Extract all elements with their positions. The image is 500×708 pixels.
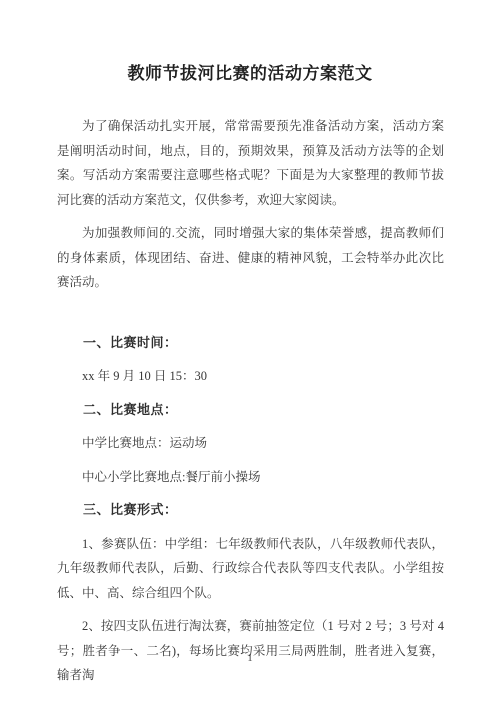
primary-school-location-text: 中心小学比赛地点:餐厅前小操场	[57, 465, 444, 490]
document-title: 教师节拔河比赛的活动方案范文	[0, 61, 500, 87]
format-item-1-teams: 1、参赛队伍：中学组：七年级教师代表队，八年级教师代表队，九年级教师代表队，后勤…	[57, 532, 444, 606]
blank-line	[57, 304, 444, 331]
document-body: 为了确保活动扎实开展，常常需要预先准备活动方案，活动方案是阐明活动时间，地点，目…	[0, 114, 500, 697]
section-heading-location: 二、比赛地点：	[57, 398, 444, 423]
section-heading-format: 三、比赛形式：	[57, 498, 444, 523]
intro-paragraph-1: 为了确保活动扎实开展，常常需要预先准备活动方案，活动方案是阐明活动时间，地点，目…	[57, 114, 444, 212]
middle-school-location-text: 中学比赛地点：运动场	[57, 431, 444, 456]
intro-paragraph-2: 为加强教师间的.交流，同时增强大家的集体荣誉感，提高教师们的身体素质，体现团结、…	[57, 221, 444, 295]
page-number: 1	[0, 650, 500, 666]
document-page: 教师节拔河比赛的活动方案范文 为了确保活动扎实开展，常常需要预先准备活动方案，活…	[0, 0, 500, 708]
section-heading-time: 一、比赛时间：	[57, 331, 444, 356]
competition-time-text: xx 年 9 月 10 日 15：30	[57, 364, 444, 389]
